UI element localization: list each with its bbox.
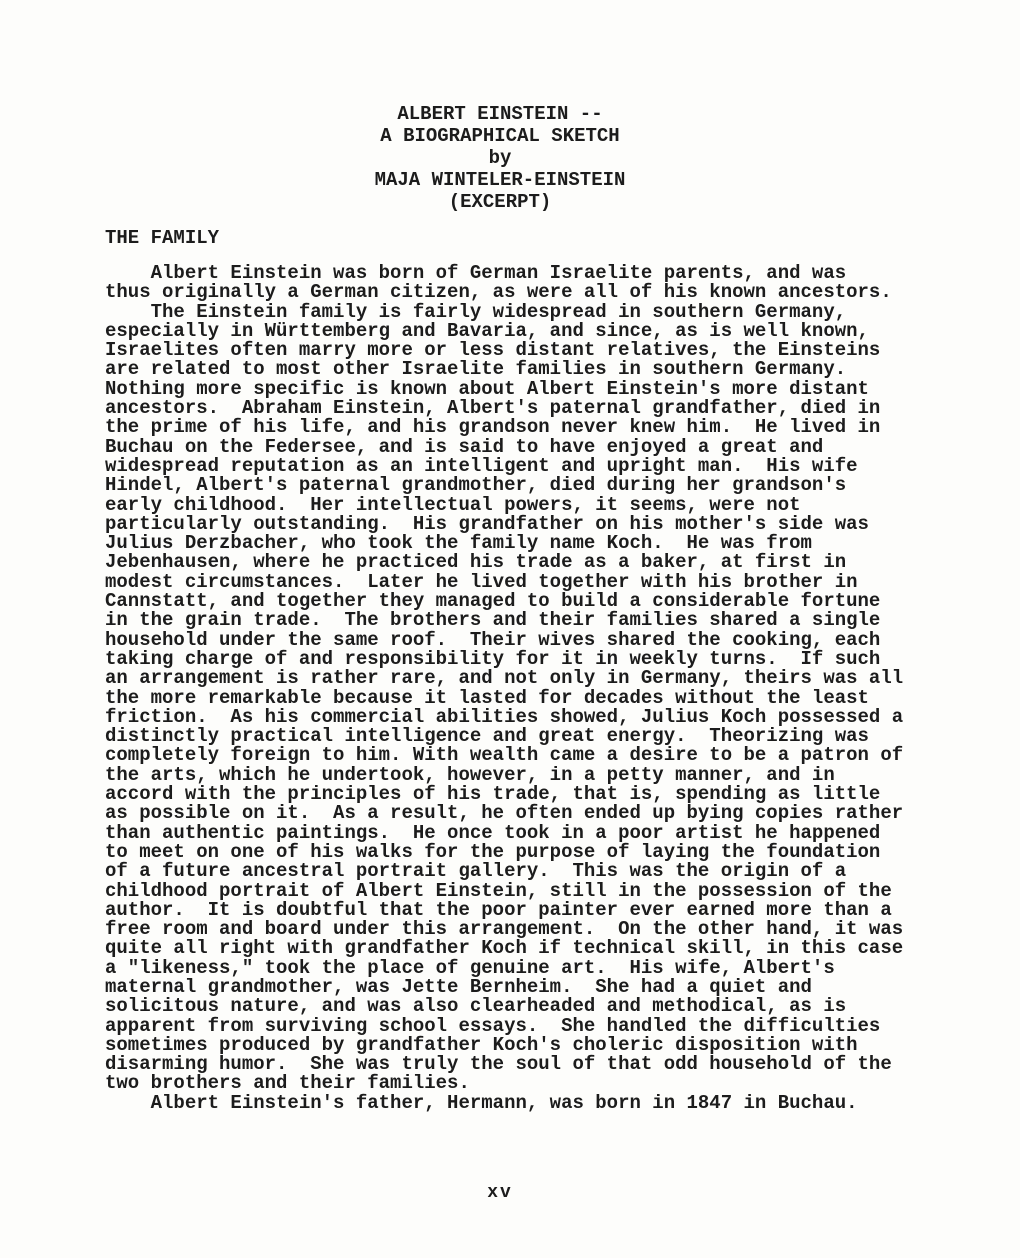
section-heading: THE FAMILY: [105, 228, 219, 248]
byline: by: [95, 147, 905, 169]
author-line: MAJA WINTELER-EINSTEIN: [95, 169, 905, 191]
excerpt-note: (EXCERPT): [95, 191, 905, 213]
body-text: Albert Einstein was born of German Israe…: [105, 264, 903, 1113]
title-line: ALBERT EINSTEIN --: [95, 103, 905, 125]
page-number: xv: [95, 1183, 905, 1203]
document-page: ALBERT EINSTEIN -- A BIOGRAPHICAL SKETCH…: [0, 0, 1020, 1258]
document-title-block: ALBERT EINSTEIN -- A BIOGRAPHICAL SKETCH…: [95, 103, 905, 213]
subtitle-line: A BIOGRAPHICAL SKETCH: [95, 125, 905, 147]
